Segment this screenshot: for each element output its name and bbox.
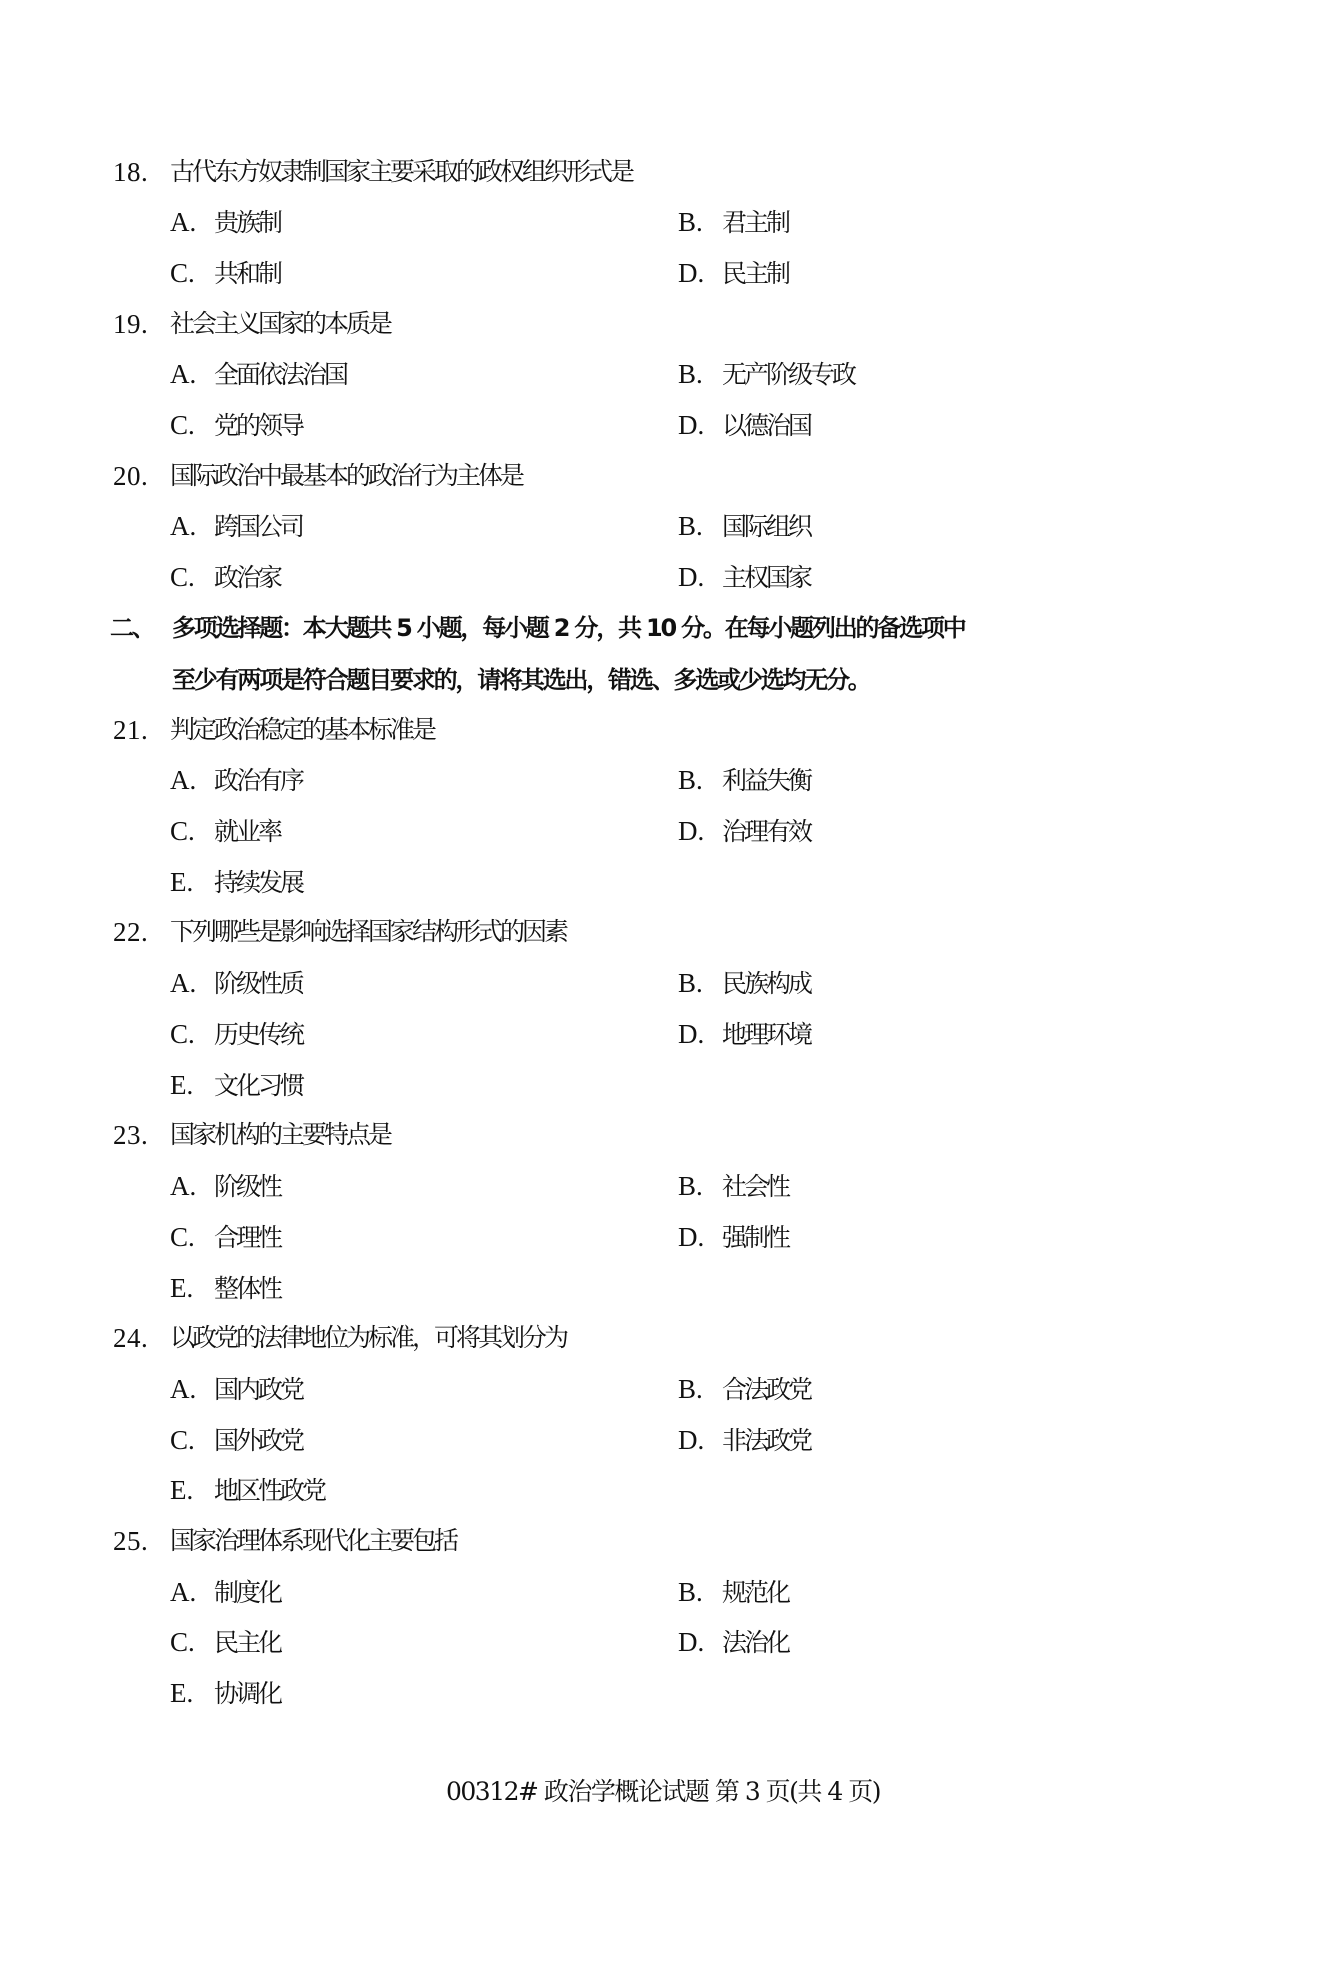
option-e: E.整体性	[170, 1271, 280, 1306]
option-row: E.协调化	[0, 1676, 1326, 1710]
option-row: E.持续发展	[0, 865, 1326, 899]
option-text: 合理性	[214, 1223, 280, 1252]
option-text: 政治有序	[214, 766, 302, 795]
option-b: B.利益失衡	[678, 763, 810, 798]
option-row: A.阶级性 B.社会性	[0, 1169, 1326, 1203]
option-c: C.历史传统	[170, 1017, 302, 1052]
question-23: 23. 国家机构的主要特点是	[0, 1118, 1326, 1152]
option-letter: A.	[170, 1372, 214, 1406]
option-text: 阶级性	[214, 1172, 280, 1201]
option-text: 协调化	[214, 1679, 280, 1708]
option-text: 利益失衡	[722, 766, 810, 795]
section-number: 二、	[110, 611, 154, 645]
option-row: C.合理性 D.强制性	[0, 1220, 1326, 1254]
option-row: C.政治家 D.主权国家	[0, 560, 1326, 594]
option-letter: D.	[678, 1625, 722, 1659]
option-text: 制度化	[214, 1578, 280, 1607]
option-row: E.整体性	[0, 1271, 1326, 1305]
option-a: A.制度化	[170, 1575, 280, 1610]
option-letter: A.	[170, 205, 214, 239]
option-row: E.文化习惯	[0, 1068, 1326, 1102]
option-text: 党的领导	[214, 411, 302, 440]
page-footer-text: 00312# 政治学概论试题 第 3 页(共 4 页)	[446, 1777, 880, 1806]
question-text: 社会主义国家的本质是	[170, 307, 390, 341]
option-d: D.非法政党	[678, 1423, 810, 1458]
option-letter: B.	[678, 763, 722, 797]
option-text: 持续发展	[214, 868, 302, 897]
question-text: 国家治理体系现代化主要包括	[170, 1524, 456, 1558]
option-text: 贵族制	[214, 208, 280, 237]
option-text: 阶级性质	[214, 969, 302, 998]
option-text: 民族构成	[722, 969, 810, 998]
option-text: 共和制	[214, 259, 280, 288]
option-b: B.无产阶级专政	[678, 357, 854, 392]
option-letter: E.	[170, 865, 214, 899]
option-text: 强制性	[722, 1223, 788, 1252]
question-text: 国家机构的主要特点是	[170, 1118, 390, 1152]
section-two-heading: 二、 多项选择题：本大题共 5 小题，每小题 2 分，共 10 分。在每小题列出…	[0, 611, 1326, 645]
option-letter: C.	[170, 408, 214, 442]
option-row: A.贵族制 B.君主制	[0, 205, 1326, 239]
option-row: C.国外政党 D.非法政党	[0, 1423, 1326, 1457]
page-footer: 00312# 政治学概论试题 第 3 页(共 4 页)	[0, 1775, 1326, 1809]
option-a: A.贵族制	[170, 205, 280, 240]
section-instructions-line-1: 多项选择题：本大题共 5 小题，每小题 2 分，共 10 分。在每小题列出的备选…	[172, 611, 965, 645]
option-row: E.地区性政党	[0, 1473, 1326, 1507]
option-b: B.规范化	[678, 1575, 788, 1610]
option-text: 合法政党	[722, 1375, 810, 1404]
option-text: 无产阶级专政	[722, 360, 854, 389]
section-two-heading-cont: 至少有两项是符合题目要求的，请将其选出，错选、多选或少选均无分。	[0, 663, 1326, 697]
option-letter: A.	[170, 763, 214, 797]
option-text: 地区性政党	[214, 1476, 324, 1505]
option-b: B.国际组织	[678, 509, 810, 544]
option-c: C.国外政党	[170, 1423, 302, 1458]
option-text: 全面依法治国	[214, 360, 346, 389]
option-letter: B.	[678, 1372, 722, 1406]
question-number: 23.	[113, 1118, 148, 1152]
option-a: A.跨国公司	[170, 509, 302, 544]
question-number: 18.	[113, 155, 148, 189]
question-text: 国际政治中最基本的政治行为主体是	[170, 459, 522, 493]
question-21: 21. 判定政治稳定的基本标准是	[0, 713, 1326, 747]
option-letter: D.	[678, 408, 722, 442]
option-row: A.全面依法治国 B.无产阶级专政	[0, 357, 1326, 391]
option-letter: A.	[170, 357, 214, 391]
option-letter: C.	[170, 560, 214, 594]
option-b: B.君主制	[678, 205, 788, 240]
option-d: D.强制性	[678, 1220, 788, 1255]
question-text: 古代东方奴隶制国家主要采取的政权组织形式是	[170, 155, 632, 189]
question-number: 25.	[113, 1524, 148, 1558]
question-number: 19.	[113, 307, 148, 341]
option-c: C.共和制	[170, 256, 280, 291]
option-letter: B.	[678, 1575, 722, 1609]
option-letter: A.	[170, 509, 214, 543]
question-text: 判定政治稳定的基本标准是	[170, 713, 434, 747]
option-b: B.社会性	[678, 1169, 788, 1204]
option-letter: A.	[170, 1575, 214, 1609]
question-24: 24. 以政党的法律地位为标准，可将其划分为	[0, 1321, 1326, 1355]
option-a: A.阶级性	[170, 1169, 280, 1204]
question-text: 下列哪些是影响选择国家结构形式的因素	[170, 915, 566, 949]
option-a: A.政治有序	[170, 763, 302, 798]
option-text: 整体性	[214, 1274, 280, 1303]
option-row: C.历史传统 D.地理环境	[0, 1017, 1326, 1051]
option-text: 规范化	[722, 1578, 788, 1607]
option-row: C.党的领导 D.以德治国	[0, 408, 1326, 442]
option-letter: A.	[170, 1169, 214, 1203]
option-row: A.跨国公司 B.国际组织	[0, 509, 1326, 543]
option-letter: C.	[170, 1017, 214, 1051]
option-letter: D.	[678, 814, 722, 848]
option-e: E.协调化	[170, 1676, 280, 1711]
option-letter: E.	[170, 1676, 214, 1710]
option-e: E.文化习惯	[170, 1068, 302, 1103]
question-20: 20. 国际政治中最基本的政治行为主体是	[0, 459, 1326, 493]
option-d: D.地理环境	[678, 1017, 810, 1052]
option-letter: C.	[170, 1220, 214, 1254]
option-c: C.政治家	[170, 560, 280, 595]
option-text: 跨国公司	[214, 512, 302, 541]
option-letter: C.	[170, 256, 214, 290]
option-d: D.以德治国	[678, 408, 810, 443]
question-18: 18. 古代东方奴隶制国家主要采取的政权组织形式是	[0, 155, 1326, 189]
option-c: C.合理性	[170, 1220, 280, 1255]
option-c: C.党的领导	[170, 408, 302, 443]
option-text: 民主化	[214, 1628, 280, 1657]
option-text: 就业率	[214, 817, 280, 846]
option-d: D.治理有效	[678, 814, 810, 849]
option-letter: C.	[170, 814, 214, 848]
option-letter: D.	[678, 1220, 722, 1254]
option-a: A.国内政党	[170, 1372, 302, 1407]
option-row: C.共和制 D.民主制	[0, 256, 1326, 290]
option-letter: A.	[170, 966, 214, 1000]
option-row: A.阶级性质 B.民族构成	[0, 966, 1326, 1000]
option-text: 历史传统	[214, 1020, 302, 1049]
option-text: 主权国家	[722, 563, 810, 592]
option-d: D.民主制	[678, 256, 788, 291]
question-number: 20.	[113, 459, 148, 493]
option-d: D.法治化	[678, 1625, 788, 1660]
option-letter: C.	[170, 1423, 214, 1457]
question-19: 19. 社会主义国家的本质是	[0, 307, 1326, 341]
option-letter: E.	[170, 1473, 214, 1507]
option-text: 君主制	[722, 208, 788, 237]
option-text: 国外政党	[214, 1426, 302, 1455]
option-letter: B.	[678, 1169, 722, 1203]
question-22: 22. 下列哪些是影响选择国家结构形式的因素	[0, 915, 1326, 949]
question-text: 以政党的法律地位为标准，可将其划分为	[170, 1321, 566, 1355]
option-e: E.地区性政党	[170, 1473, 324, 1508]
option-letter: D.	[678, 256, 722, 290]
option-row: A.政治有序 B.利益失衡	[0, 763, 1326, 797]
option-b: B.合法政党	[678, 1372, 810, 1407]
option-row: C.民主化 D.法治化	[0, 1625, 1326, 1659]
option-c: C.民主化	[170, 1625, 280, 1660]
option-letter: E.	[170, 1271, 214, 1305]
option-letter: B.	[678, 205, 722, 239]
option-letter: E.	[170, 1068, 214, 1102]
option-row: A.国内政党 B.合法政党	[0, 1372, 1326, 1406]
option-row: C.就业率 D.治理有效	[0, 814, 1326, 848]
option-row: A.制度化 B.规范化	[0, 1575, 1326, 1609]
option-letter: D.	[678, 1423, 722, 1457]
option-a: A.阶级性质	[170, 966, 302, 1001]
option-text: 地理环境	[722, 1020, 810, 1049]
question-25: 25. 国家治理体系现代化主要包括	[0, 1524, 1326, 1558]
option-d: D.主权国家	[678, 560, 810, 595]
option-letter: B.	[678, 966, 722, 1000]
option-c: C.就业率	[170, 814, 280, 849]
option-text: 以德治国	[722, 411, 810, 440]
option-text: 治理有效	[722, 817, 810, 846]
option-e: E.持续发展	[170, 865, 302, 900]
option-text: 非法政党	[722, 1426, 810, 1455]
option-text: 民主制	[722, 259, 788, 288]
option-text: 社会性	[722, 1172, 788, 1201]
option-text: 文化习惯	[214, 1071, 302, 1100]
option-letter: C.	[170, 1625, 214, 1659]
question-number: 21.	[113, 713, 148, 747]
option-letter: B.	[678, 509, 722, 543]
option-letter: B.	[678, 357, 722, 391]
option-a: A.全面依法治国	[170, 357, 346, 392]
section-instructions-line-2: 至少有两项是符合题目要求的，请将其选出，错选、多选或少选均无分。	[172, 663, 870, 697]
option-text: 国内政党	[214, 1375, 302, 1404]
option-text: 政治家	[214, 563, 280, 592]
question-number: 22.	[113, 915, 148, 949]
option-letter: D.	[678, 560, 722, 594]
option-text: 法治化	[722, 1628, 788, 1657]
option-text: 国际组织	[722, 512, 810, 541]
option-b: B.民族构成	[678, 966, 810, 1001]
option-letter: D.	[678, 1017, 722, 1051]
question-number: 24.	[113, 1321, 148, 1355]
